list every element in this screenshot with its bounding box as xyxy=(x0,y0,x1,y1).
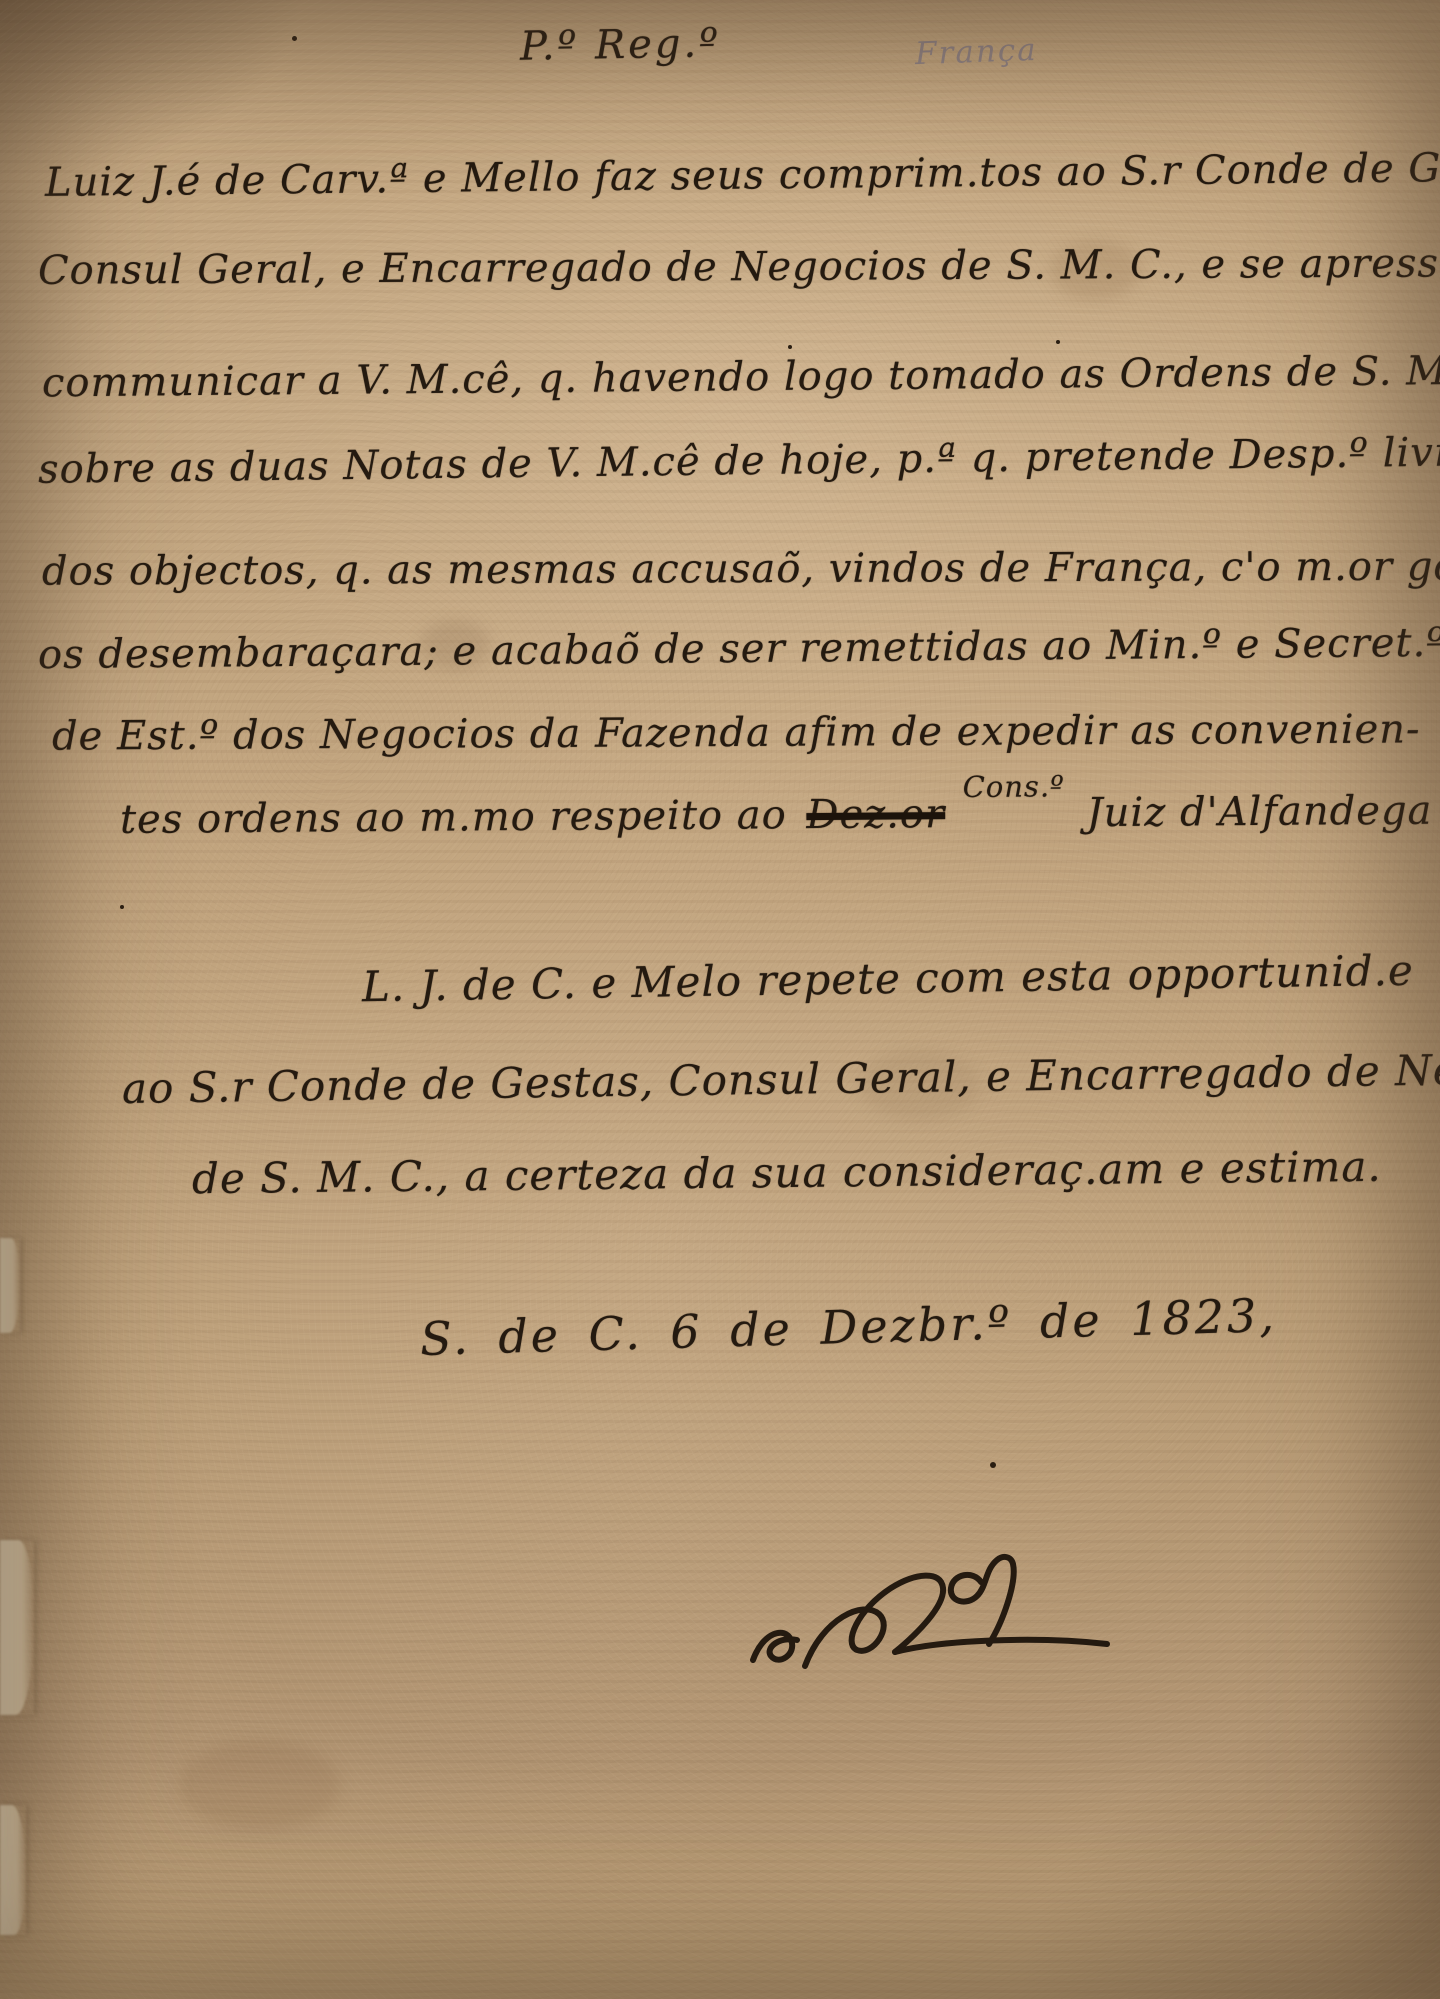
page-vignette xyxy=(0,0,1440,1999)
manuscript-page: P.º Reg.º França Luiz J.é de Carv.ª e Me… xyxy=(0,0,1440,1999)
